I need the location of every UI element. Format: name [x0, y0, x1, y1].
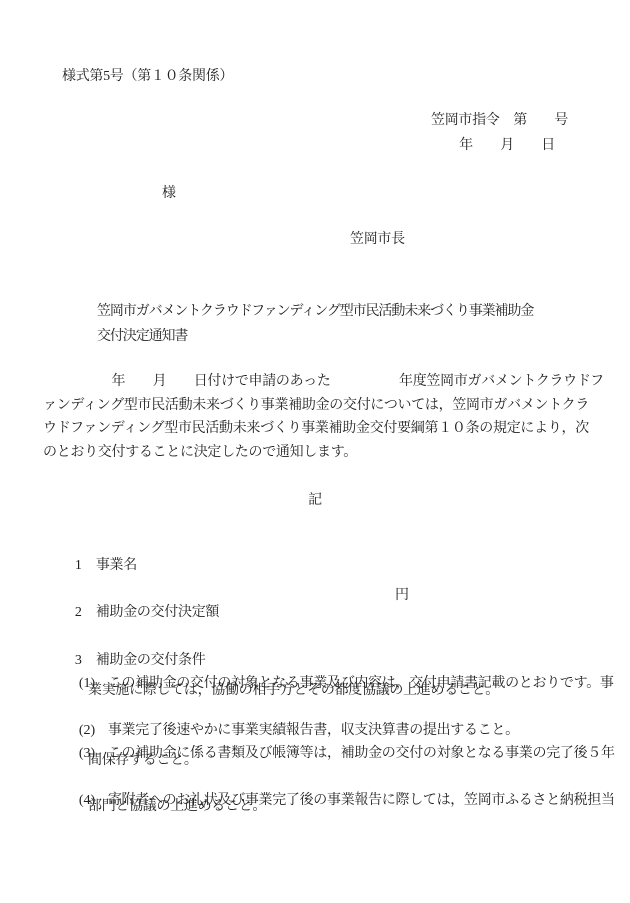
directive-number: 笠岡市指令 第 号 — [431, 112, 568, 129]
ki-marker: 記 — [0, 492, 630, 509]
document-title-line2: 交付決定通知書 — [97, 328, 187, 345]
list-item-grant-amount: 2補助金の交付決定額 — [62, 587, 219, 638]
condition-3-line2: 間保存すること。 — [88, 752, 198, 769]
form-number: 様式第5号（第１０条関係） — [62, 68, 233, 85]
body-line: 年 月 日付けで申請のあった 年度笠岡市ガバメントクラウドフ — [43, 373, 604, 390]
recipient-honorific: 様 — [162, 185, 176, 202]
grant-amount-unit: 円 — [395, 587, 409, 604]
item-label: 事業名 — [96, 558, 137, 573]
document-page: 様式第5号（第１０条関係） 笠岡市指令 第 号 年 月 日 様 笠岡市長 笠岡市… — [0, 0, 630, 903]
document-title-line1: 笠岡市ガバメントクラウドファンディング型市民活動未来づくり事業補助金 — [97, 303, 533, 320]
item-number: 1 — [75, 557, 96, 574]
body-line: ウドファンディング型市民活動未来づくり事業補助金交付要綱第１０条の規定により，次 — [43, 420, 589, 437]
condition-1-line2: 業実施に際しては，協働の相手方とその都度協議の上進めること。 — [88, 682, 499, 699]
condition-4-line2: 部門と協議の上進めること。 — [88, 798, 266, 815]
sender-mayor: 笠岡市長 — [350, 231, 405, 248]
item-label: 補助金の交付決定額 — [96, 605, 219, 620]
item-number: 2 — [75, 604, 96, 621]
body-line: ァンディング型市民活動未来づくり事業補助金の交付については，笠岡市ガバメントクラ — [43, 397, 589, 414]
body-line: のとおり交付することに決定したので通知します。 — [43, 444, 357, 461]
list-item-project-name: 1事業名 — [62, 540, 137, 591]
date-line: 年 月 日 — [459, 137, 555, 154]
